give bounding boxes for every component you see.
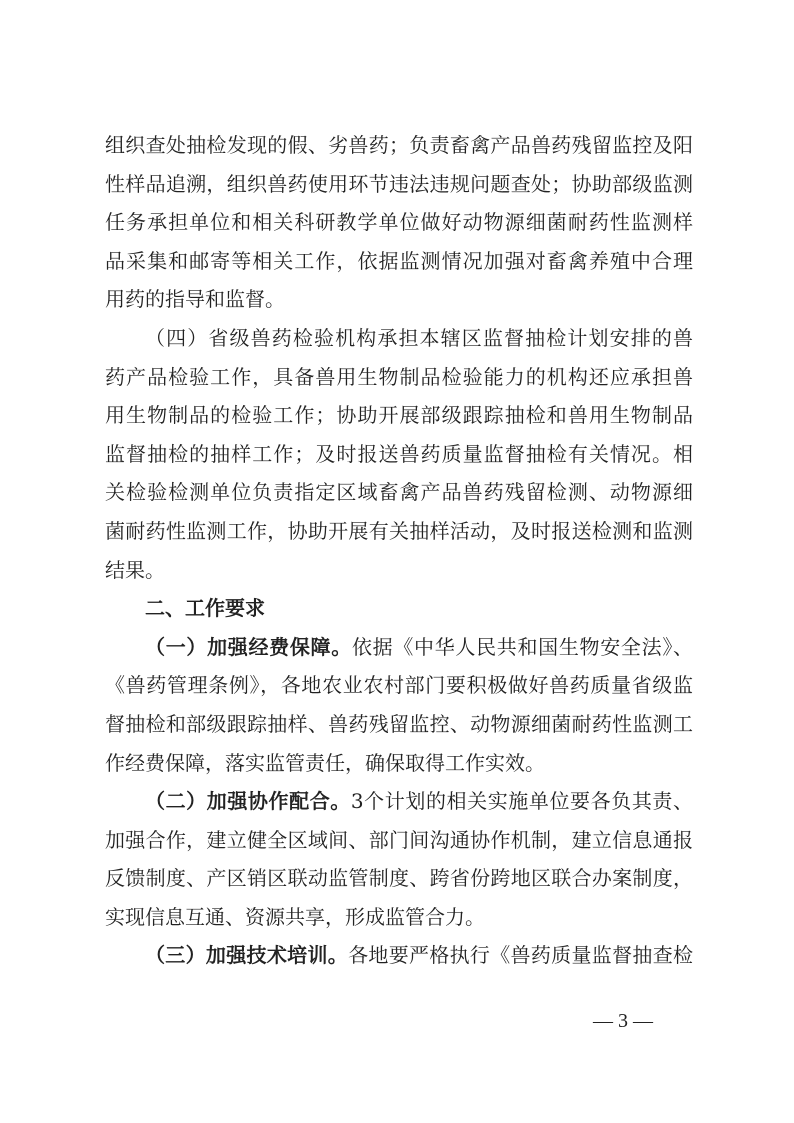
paragraph-line: 用生物制品的检验工作；协助开展部级跟踪抽检和兽用生物制品 <box>105 396 693 435</box>
subsection-title: （二）加强协作配合。 <box>145 789 351 813</box>
paragraph-line: （三）加强技术培训。各地要严格执行《兽药质量监督抽查检 <box>105 936 693 975</box>
subsection-title: （三）加强技术培训。 <box>145 943 348 967</box>
paragraph-line: 菌耐药性监测工作，协助开展有关抽样活动，及时报送检测和监测 <box>105 512 693 551</box>
paragraph-text: 依据《中华人民共和国生物安全法》、 <box>352 635 693 659</box>
paragraph-line: 结果。 <box>105 551 693 590</box>
paragraph-line: 性样品追溯，组织兽药使用环节违法违规问题查处；协助部级监测 <box>105 165 693 204</box>
section-heading: 二、工作要求 <box>105 589 693 628</box>
paragraph-line: 监督抽检的抽样工作；及时报送兽药质量监督抽检有关情况。相 <box>105 435 693 474</box>
paragraph-line: 反馈制度、产区销区联动监管制度、跨省份跨地区联合办案制度， <box>105 859 693 898</box>
document-page: 组织查处抽检发现的假、劣兽药；负责畜禽产品兽药残留监控及阳 性样品追溯，组织兽药… <box>105 126 693 975</box>
paragraph-line: 用药的指导和监督。 <box>105 280 693 319</box>
paragraph-line: 关检验检测单位负责指定区域畜禽产品兽药残留检测、动物源细 <box>105 473 693 512</box>
paragraph-line: （一）加强经费保障。依据《中华人民共和国生物安全法》、 <box>105 628 693 667</box>
paragraph-line: 作经费保障，落实监管责任，确保取得工作实效。 <box>105 744 693 783</box>
paragraph-line: 任务承担单位和相关科研教学单位做好动物源细菌耐药性监测样 <box>105 203 693 242</box>
paragraph-text: 各地要严格执行《兽药质量监督抽查检 <box>348 943 693 967</box>
paragraph-line: 加强合作，建立健全区域间、部门间沟通协作机制，建立信息通报 <box>105 821 693 860</box>
subsection-title: （一）加强经费保障。 <box>145 635 352 659</box>
paragraph-line: （四）省级兽药检验机构承担本辖区监督抽检计划安排的兽 <box>105 319 693 358</box>
paragraph-line: 品采集和邮寄等相关工作，依据监测情况加强对畜禽养殖中合理 <box>105 242 693 281</box>
paragraph-line: 药产品检验工作，具备兽用生物制品检验能力的机构还应承担兽 <box>105 358 693 397</box>
paragraph-line: 督抽检和部级跟踪抽样、兽药残留监控、动物源细菌耐药性监测工 <box>105 705 693 744</box>
paragraph-line: （二）加强协作配合。3个计划的相关实施单位要各负其责、 <box>105 782 693 821</box>
paragraph-line: 《兽药管理条例》，各地农业农村部门要积极做好兽药质量省级监 <box>105 666 693 705</box>
paragraph-line: 组织查处抽检发现的假、劣兽药；负责畜禽产品兽药残留监控及阳 <box>105 126 693 165</box>
page-number: — 3 — <box>593 1010 653 1033</box>
paragraph-text: 3个计划的相关实施单位要各负其责、 <box>351 789 693 813</box>
paragraph-line: 实现信息互通、资源共享，形成监管合力。 <box>105 898 693 937</box>
